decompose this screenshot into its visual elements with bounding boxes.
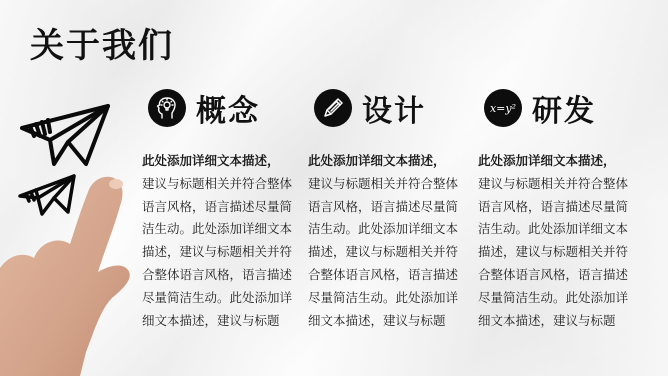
column-research: x=y² 研发 此处添加详细文本描述，建议与标题相关并符合整体语言风格，语言描述… <box>478 86 638 332</box>
column-description: 此处添加详细文本描述，建议与标题相关并符合整体语言风格，语言描述尽量简洁生动。此… <box>478 150 628 332</box>
formula-icon: x=y² <box>484 89 522 127</box>
description-lead: 此处添加详细文本描述， <box>308 153 446 168</box>
column-description: 此处添加详细文本描述，建议与标题相关并符合整体语言风格，语言描述尽量简洁生动。此… <box>142 150 292 332</box>
description-text: 建议与标题相关并符合整体语言风格，语言描述尽量简洁生动。此处添加详细文本描述，建… <box>308 176 458 328</box>
column-title: 设计 <box>362 86 426 130</box>
column-header: x=y² 研发 <box>478 86 638 130</box>
pointing-hand-image <box>0 172 140 376</box>
description-text: 建议与标题相关并符合整体语言风格，语言描述尽量简洁生动。此处添加详细文本描述，建… <box>142 176 292 328</box>
column-design: 设计 此处添加详细文本描述，建议与标题相关并符合整体语言风格，语言描述尽量简洁生… <box>308 86 468 332</box>
column-concept: 概念 此处添加详细文本描述，建议与标题相关并符合整体语言风格，语言描述尽量简洁生… <box>142 86 302 332</box>
head-lightbulb-icon <box>148 89 186 127</box>
column-title: 概念 <box>196 86 260 130</box>
pencil-icon <box>314 89 352 127</box>
description-lead: 此处添加详细文本描述， <box>142 153 280 168</box>
page-title: 关于我们 <box>30 18 174 67</box>
column-description: 此处添加详细文本描述，建议与标题相关并符合整体语言风格，语言描述尽量简洁生动。此… <box>308 150 458 332</box>
description-lead: 此处添加详细文本描述， <box>478 153 616 168</box>
column-header: 概念 <box>142 86 302 130</box>
column-title: 研发 <box>532 86 596 130</box>
description-text: 建议与标题相关并符合整体语言风格，语言描述尽量简洁生动。此处添加详细文本描述，建… <box>478 176 628 328</box>
column-header: 设计 <box>308 86 468 130</box>
